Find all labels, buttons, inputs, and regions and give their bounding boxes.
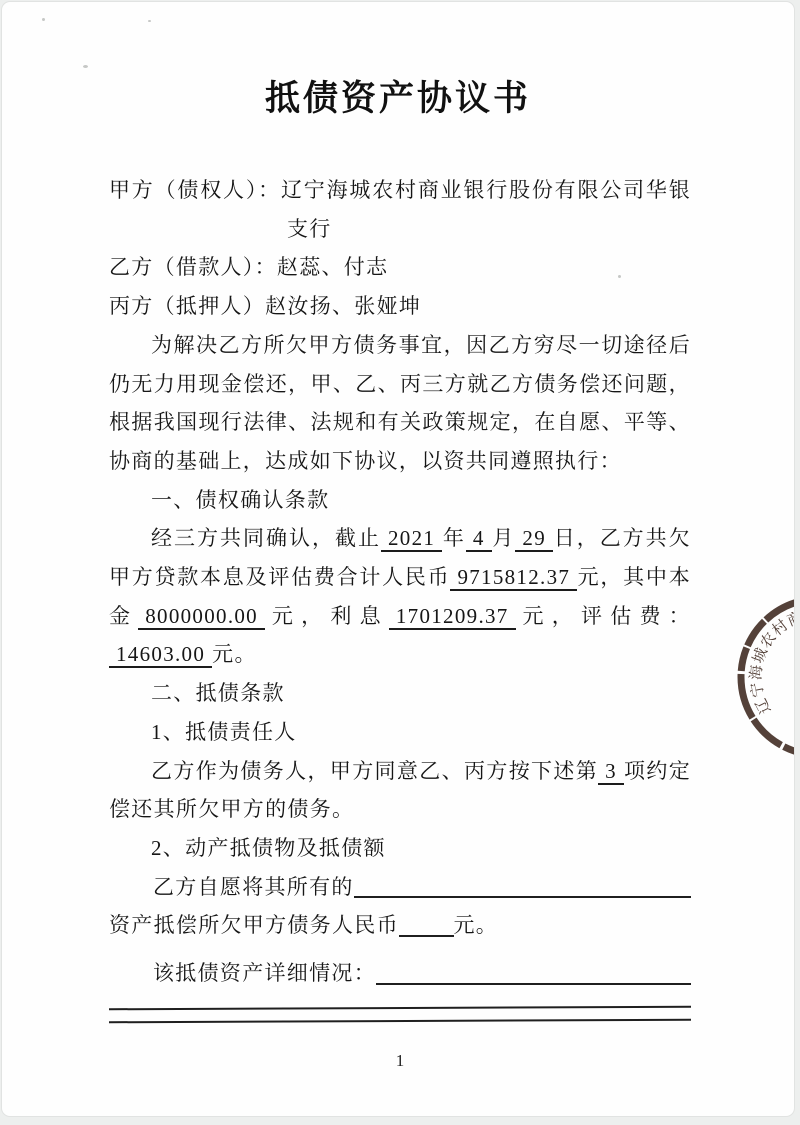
party-line: 甲方（债权人）：辽宁海城农村商业银行股份有限公司华银支行 (109, 171, 691, 248)
text-run: 该抵债资产详细情况： (153, 954, 376, 993)
text-run: 乙方自愿将其所有的 (153, 868, 354, 907)
text-run: 元，评估费： (516, 604, 691, 628)
text-run: 资产抵偿所欠甲方债务人民币 (109, 906, 399, 945)
party-label: 乙方（借款人）： (109, 255, 277, 279)
document-title: 抵债资产协议书 (2, 71, 794, 121)
text-run: 年 (442, 526, 466, 550)
text-run: 1、抵债责任人 (151, 720, 297, 744)
document-body: 甲方（债权人）：辽宁海城农村商业银行股份有限公司华银支行乙方（借款人）：赵蕊、付… (109, 171, 691, 1030)
filled-value: 1701209.37 (389, 604, 516, 630)
doc-paragraph: 乙方自愿将其所有的 (109, 868, 691, 907)
blank-underline (376, 983, 691, 985)
doc-paragraph: 乙方作为债务人，甲方同意乙、丙方按下述第3项约定偿还其所欠甲方的债务。 (109, 752, 691, 829)
text-run: 为解决乙方所欠甲方债务事宜，因乙方穷尽一切途径后仍无力用现金偿还，甲、乙、丙三方… (109, 333, 691, 473)
blank-underline (109, 1018, 691, 1023)
text-run: 月 (492, 526, 516, 550)
text-run: 乙方作为债务人，甲方同意乙、丙方按下述第 (151, 759, 598, 783)
filled-value: 3 (598, 759, 624, 785)
doc-paragraph: 为解决乙方所欠甲方债务事宜，因乙方穷尽一切途径后仍无力用现金偿还，甲、乙、丙三方… (109, 326, 691, 481)
doc-paragraph (109, 1007, 691, 1017)
party-line: 丙方（抵押人）赵汝扬、张娅坤 (109, 287, 691, 326)
text-run: 二、抵债条款 (151, 681, 285, 705)
scan-speck (83, 65, 88, 68)
filled-value: 9715812.37 (450, 565, 577, 591)
text-run: 经三方共同确认，截止 (151, 526, 381, 550)
doc-paragraph: 一、债权确认条款 (109, 481, 691, 520)
text-run: 元。 (454, 906, 499, 945)
filled-value: 2021 (381, 526, 442, 552)
text-run: 一、债权确认条款 (151, 488, 329, 512)
text-run: 辽宁海城农村商业银行股份有限公司华银支行 (281, 178, 691, 241)
filled-value: 4 (466, 526, 492, 552)
party-line: 乙方（借款人）：赵蕊、付志 (109, 248, 691, 287)
text-run: 赵汝扬、张娅坤 (265, 294, 421, 318)
doc-paragraph: 2、动产抵债物及抵债额 (109, 829, 691, 868)
blank-underline (399, 935, 454, 937)
doc-paragraph: 经三方共同确认，截止2021年4月29日，乙方共欠甲方贷款本息及评估费合计人民币… (109, 519, 691, 674)
filled-value: 29 (515, 526, 553, 552)
blank-underline (354, 896, 691, 898)
party-label: 丙方（抵押人） (109, 294, 265, 318)
page-number: 1 (109, 1051, 691, 1071)
doc-paragraph: 二、抵债条款 (109, 674, 691, 713)
doc-paragraph: 该抵债资产详细情况： (109, 954, 691, 993)
scan-speck (42, 18, 45, 21)
blank-underline (109, 1005, 691, 1010)
filled-value: 8000000.00 (138, 604, 265, 630)
official-round-seal: 辽宁海城农村商业银行股份有限公司 (729, 587, 795, 767)
doc-paragraph: 1、抵债责任人 (109, 713, 691, 752)
filled-value: 14603.00 (109, 642, 212, 668)
svg-text:辽宁海城农村商业银行股份有限公司: 辽宁海城农村商业银行股份有限公司 (748, 606, 795, 721)
document-page: 抵债资产协议书 甲方（债权人）：辽宁海城农村商业银行股份有限公司华银支行乙方（借… (1, 1, 795, 1117)
text-run: 元，利息 (265, 604, 389, 628)
doc-paragraph: 资产抵偿所欠甲方债务人民币元。 (109, 906, 691, 945)
doc-paragraph (109, 1020, 691, 1030)
text-run: 赵蕊、付志 (277, 255, 389, 279)
scan-speck (148, 20, 151, 22)
seal-text: 辽宁海城农村商业银行股份有限公司 (748, 606, 795, 721)
party-label: 甲方（债权人）： (109, 178, 281, 202)
text-run: 2、动产抵债物及抵债额 (151, 836, 386, 860)
text-run: 元。 (212, 642, 257, 666)
